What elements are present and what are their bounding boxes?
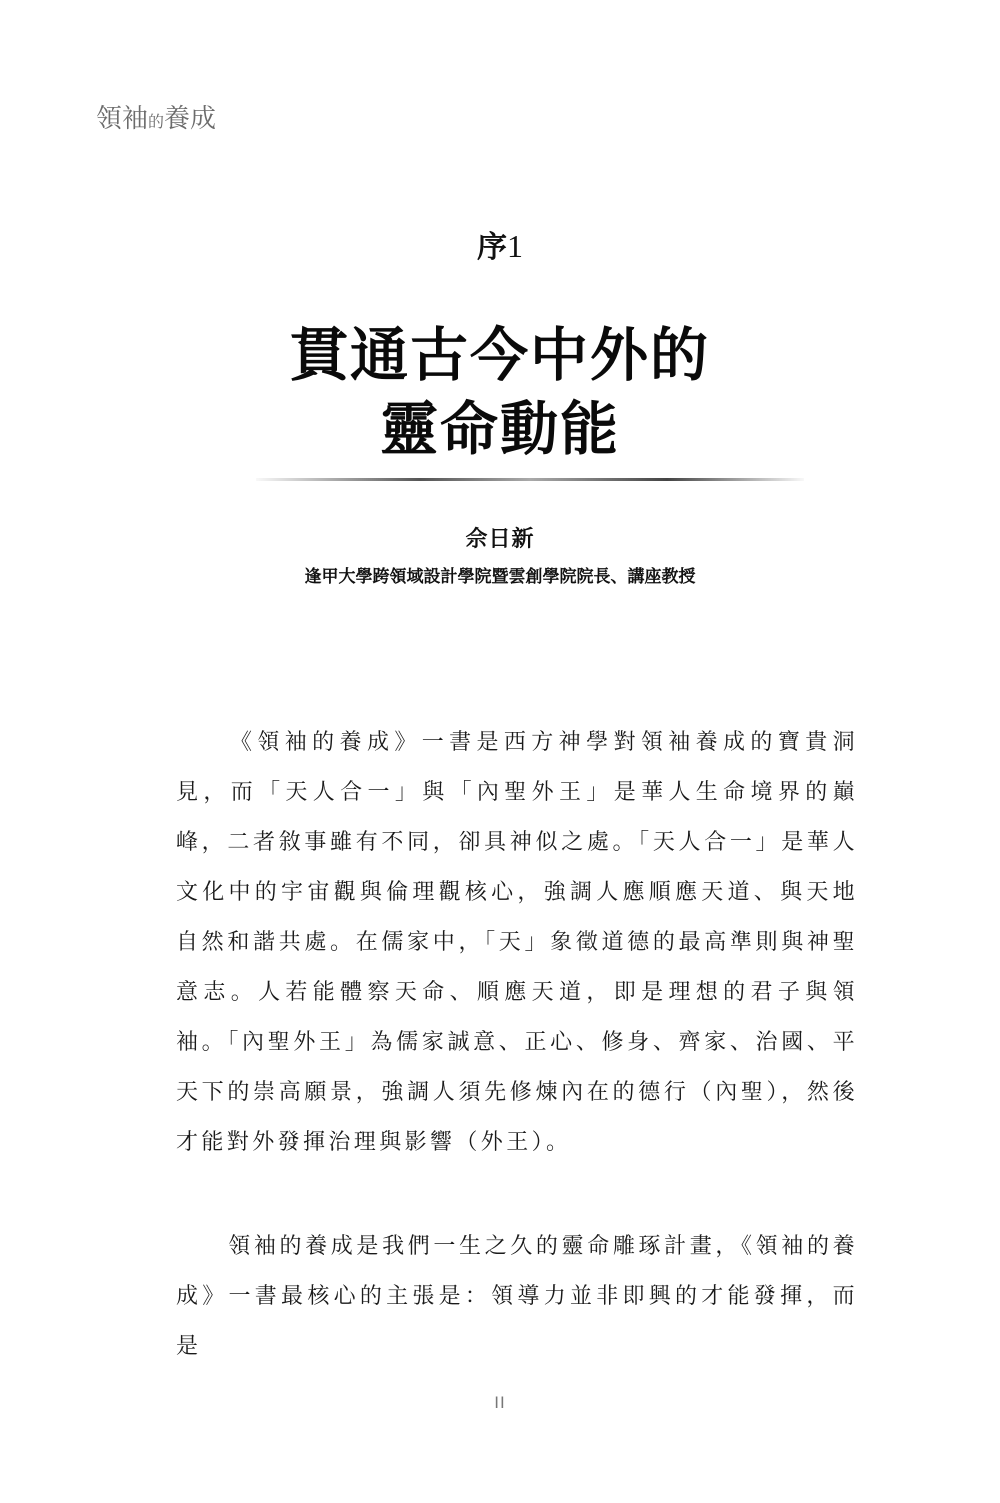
running-header: 領袖的養成: [96, 98, 216, 135]
preface-label: 序1: [0, 222, 1000, 266]
paragraph: 《領袖的養成》一書是西方神學對領袖養成的寶貴洞見，而「天人合一」與「內聖外王」是…: [176, 718, 858, 1168]
running-header-part3: 養成: [164, 104, 216, 134]
page-title: 貫通古今中外的 靈命動能: [0, 318, 1000, 466]
title-divider: [256, 478, 804, 481]
page-number: II: [0, 1393, 1000, 1413]
title-line-1: 貫通古今中外的: [0, 318, 1000, 392]
preface-number: 1: [507, 228, 523, 264]
running-header-part1: 領袖: [96, 104, 148, 134]
paragraph-text: 《領袖的養成》一書是西方神學對領袖養成的寶貴洞見，而「天人合一」與「內聖外王」是…: [176, 730, 858, 1155]
running-header-part2: 的: [148, 112, 164, 131]
title-line-2: 靈命動能: [0, 392, 1000, 466]
author-name: 佘日新: [0, 522, 1000, 553]
author-affiliation: 逢甲大學跨領域設計學院暨雲創學院院長、講座教授: [0, 562, 1000, 587]
preface-label-text: 序: [477, 230, 507, 265]
paragraph-text: 領袖的養成是我們一生之久的靈命雕琢計畫，《領袖的養成》一書最核心的主張是：領導力…: [176, 1234, 858, 1359]
paragraph: 領袖的養成是我們一生之久的靈命雕琢計畫，《領袖的養成》一書最核心的主張是：領導力…: [176, 1222, 858, 1372]
